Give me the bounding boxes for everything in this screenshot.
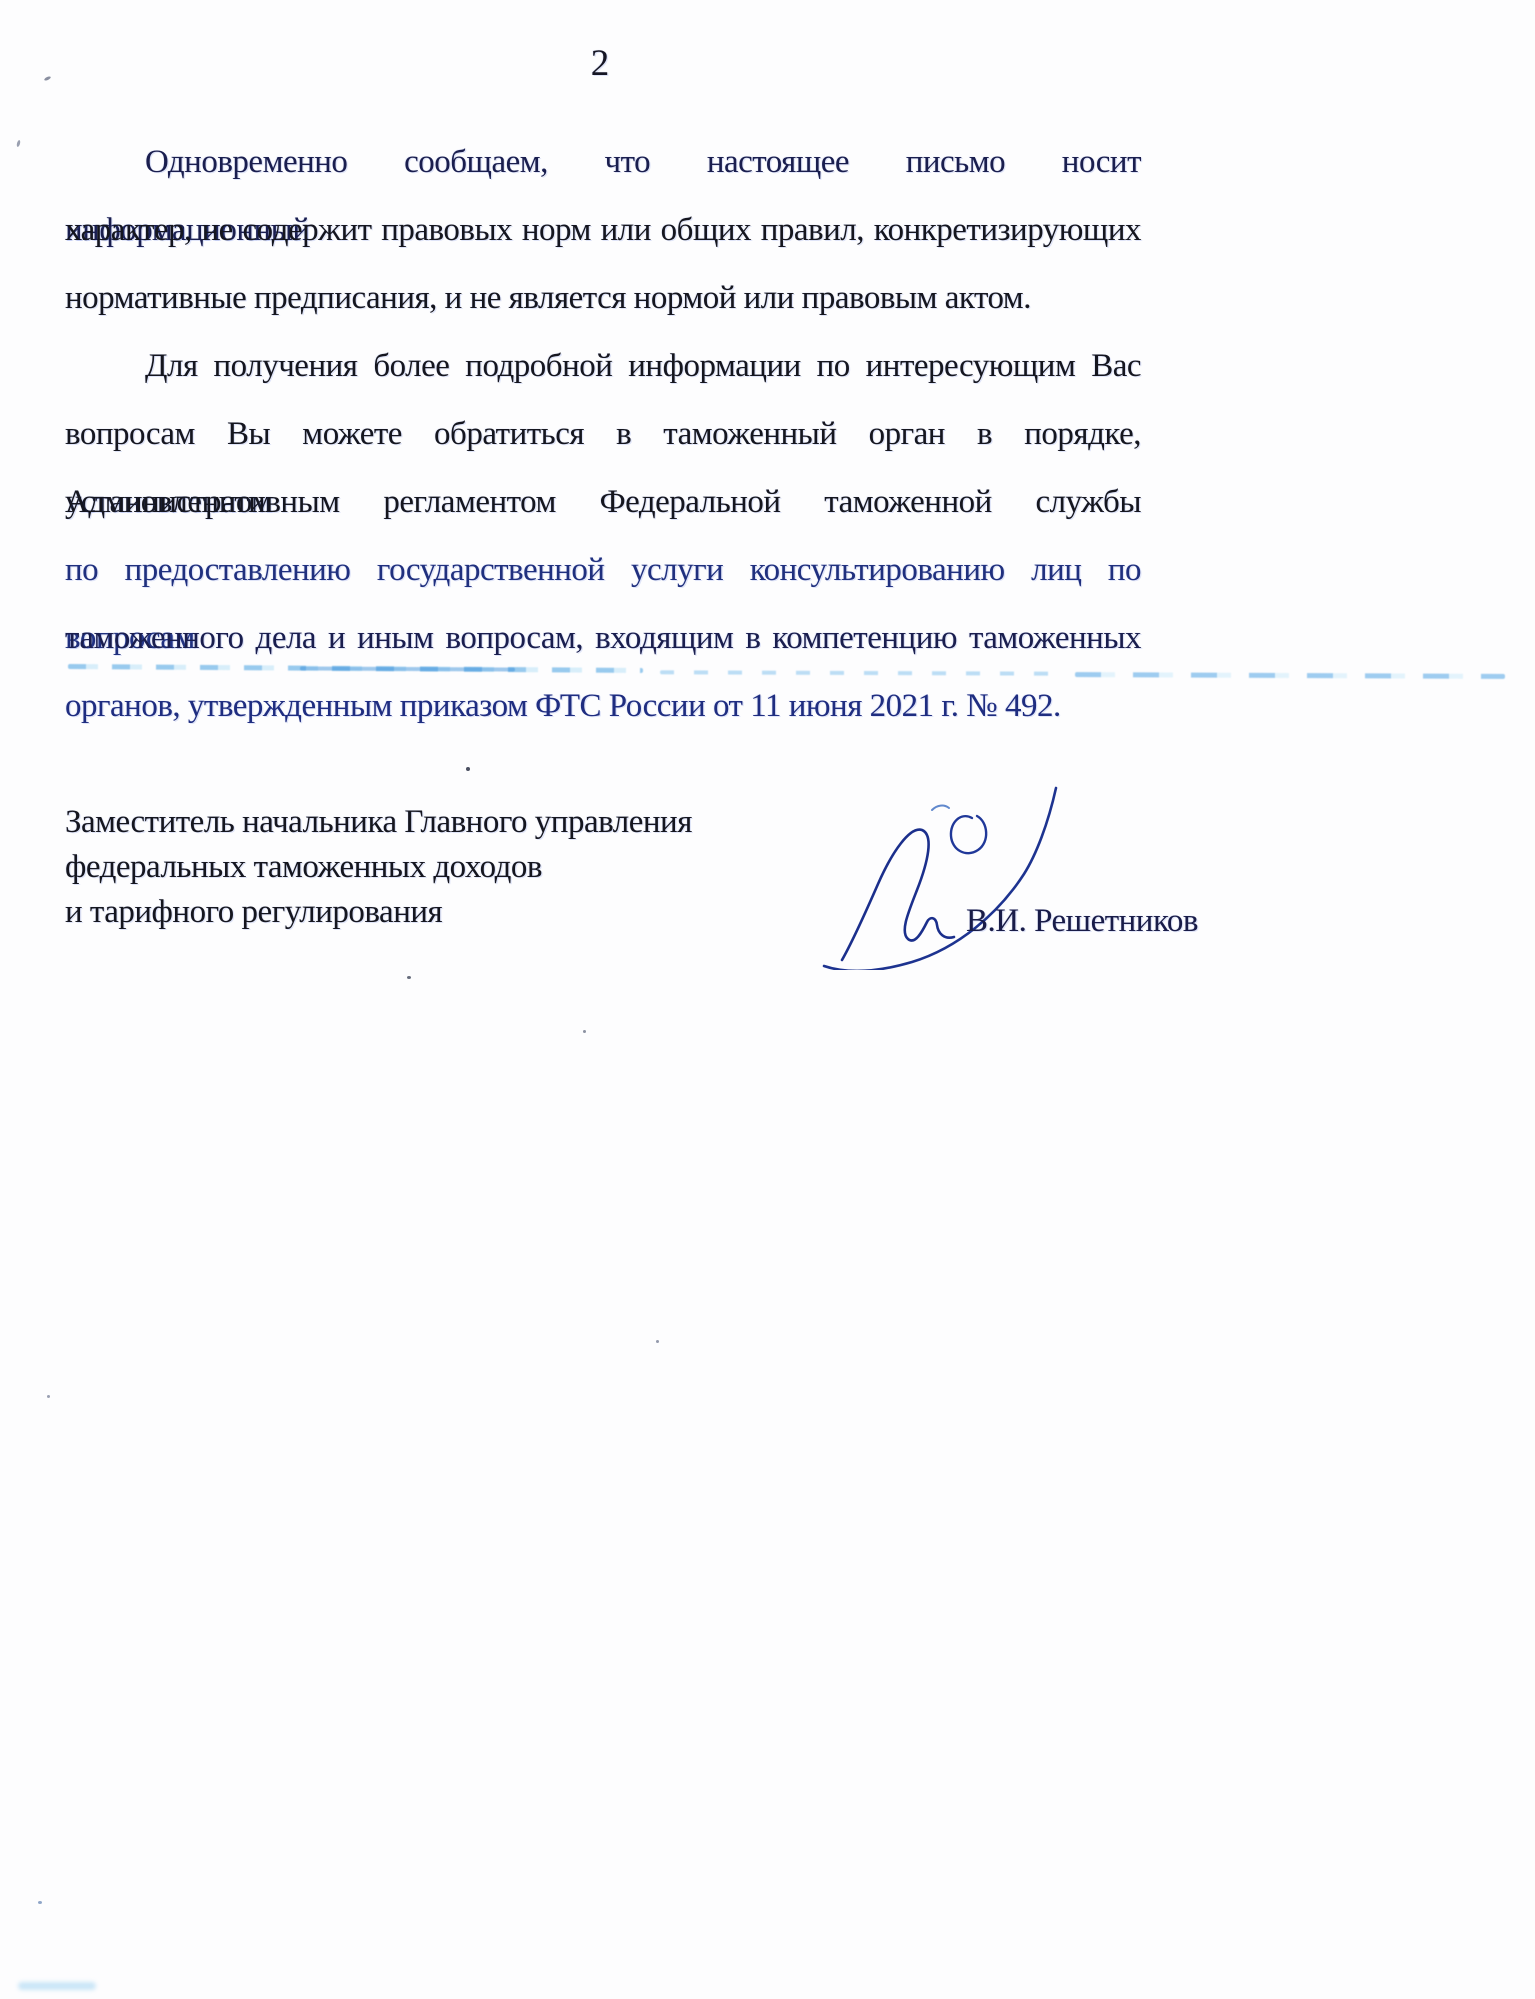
page-number: 2 <box>555 42 645 85</box>
scan-edge-smudge <box>18 1982 96 1990</box>
scan-speck <box>583 1030 586 1033</box>
scan-speck <box>656 1340 659 1343</box>
scan-speck <box>44 76 52 82</box>
paragraph-line: по предоставлению государственной услуги… <box>65 536 1141 604</box>
paragraph-line: таможенного дела и иным вопросам, входящ… <box>65 604 1141 672</box>
paragraph-line: вопросам Вы можете обратиться в таможенн… <box>65 400 1141 468</box>
scan-speck <box>47 1395 50 1398</box>
letter-body: Одновременно сообщаем, что настоящее пис… <box>65 128 1141 740</box>
scan-speck <box>16 140 21 148</box>
signoff-block: Заместитель начальника Главного управлен… <box>65 800 765 935</box>
signer-name: В.И. Решетников <box>966 903 1198 940</box>
paragraph-line: Административным регламентом Федеральной… <box>65 468 1141 536</box>
paragraph-line: Для получения более подробной информации… <box>65 332 1141 400</box>
handwritten-signature-icon <box>820 770 1065 970</box>
signer-position-line: Заместитель начальника Главного управлен… <box>65 800 765 845</box>
scanned-letter-page: 2 Одновременно сообщаем, что настоящее п… <box>0 0 1535 1999</box>
paragraph-line: нормативные предписания, и не является н… <box>65 264 1141 332</box>
signer-position-line: и тарифного регулирования <box>65 890 765 935</box>
paragraph-line: органов, утвержденным приказом ФТС Росси… <box>65 672 1141 740</box>
scan-speck <box>38 1901 42 1904</box>
paragraph-line: характер, не содержит правовых норм или … <box>65 196 1141 264</box>
signer-position-line: федеральных таможенных доходов <box>65 845 765 890</box>
scan-speck <box>466 767 470 771</box>
paragraph-line: Одновременно сообщаем, что настоящее пис… <box>65 128 1141 196</box>
scan-speck <box>407 976 411 979</box>
